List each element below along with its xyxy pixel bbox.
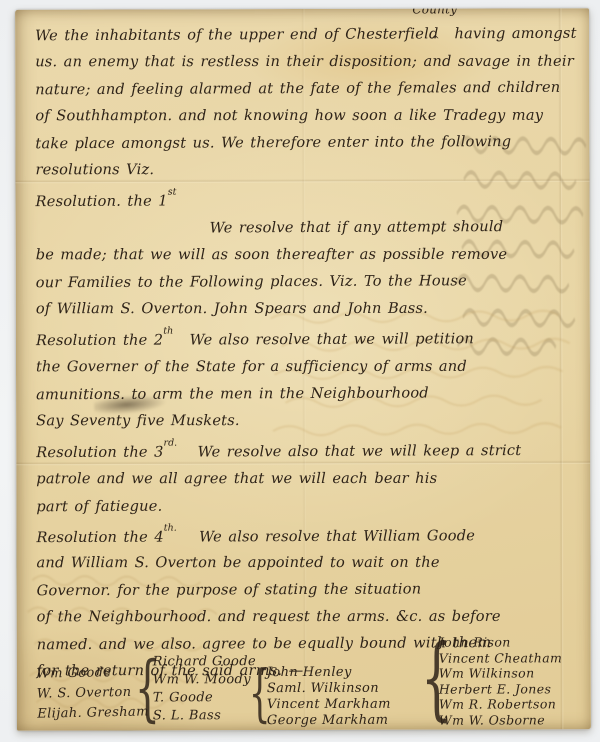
manuscript-line: and William S. Overton be appointed to w… [36,549,580,576]
manuscript-line: of the Neighbourhood. and request the ar… [37,603,581,630]
manuscript-line: amunitions. to arm the men in the Neighb… [36,378,580,408]
manuscript-line: of Southhampton. and not knowing how soo… [35,102,579,129]
manuscript-line: be made; that we will as soon thereafter… [36,241,580,268]
resolution-heading: Resolution the 3rd. We resolve also that… [36,432,580,465]
manuscript-text: We the inhabitants of the upper end of C… [15,8,591,731]
manuscript-line: our Families to the Following places. Vi… [36,267,580,297]
manuscript-line: nature; and feeling alarmed at the fate … [35,74,579,104]
manuscript-line: named. and we also. agree to be equally … [37,629,581,659]
manuscript-line: resolutions Viz. [35,156,579,183]
manuscript-line: patrole and we all agree that we will ea… [36,464,580,491]
manuscript-line: take place amongst us. We therefore ente… [35,128,579,158]
resolution-2: Resolution the 2th We also resolve that … [36,321,580,434]
opening-line-post: having amongst [454,25,576,43]
resolution-3: Resolution the 3rd. We resolve also that… [36,433,580,519]
manuscript-line: the Governer of the State for a sufficie… [36,352,580,379]
manuscript-line: of William S. Overton. John Spears and J… [36,295,580,322]
resolution-4: Resolution the 4th. We also resolve that… [36,518,580,685]
manuscript-line: for the return of the said arms. — [37,657,581,684]
resolution-1: Resolution. the 1st We resolve that if a… [36,182,580,322]
resolution-heading: Resolution. the 1st We resolve that if a… [35,182,579,242]
manuscript-line: Governor. for the purpose of stating the… [37,575,581,605]
caret-insertion: County^ [438,24,454,39]
manuscript-line: Say Seventy five Muskets. [36,406,580,433]
manuscript-paper: We the inhabitants of the upper end of C… [15,8,591,731]
resolution-heading: Resolution the 4th. We also resolve that… [36,517,580,550]
opening-line-pre: We the inhabitants of the upper end of C… [35,25,438,44]
manuscript-line: us. an enemy that is restless in their d… [35,48,579,75]
resolution-heading: Resolution the 2th We also resolve that … [36,321,580,354]
inserted-word: County [412,8,457,23]
opening-line: We the inhabitants of the upper end of C… [35,20,579,50]
manuscript-line: part of fatiegue. [36,490,580,520]
